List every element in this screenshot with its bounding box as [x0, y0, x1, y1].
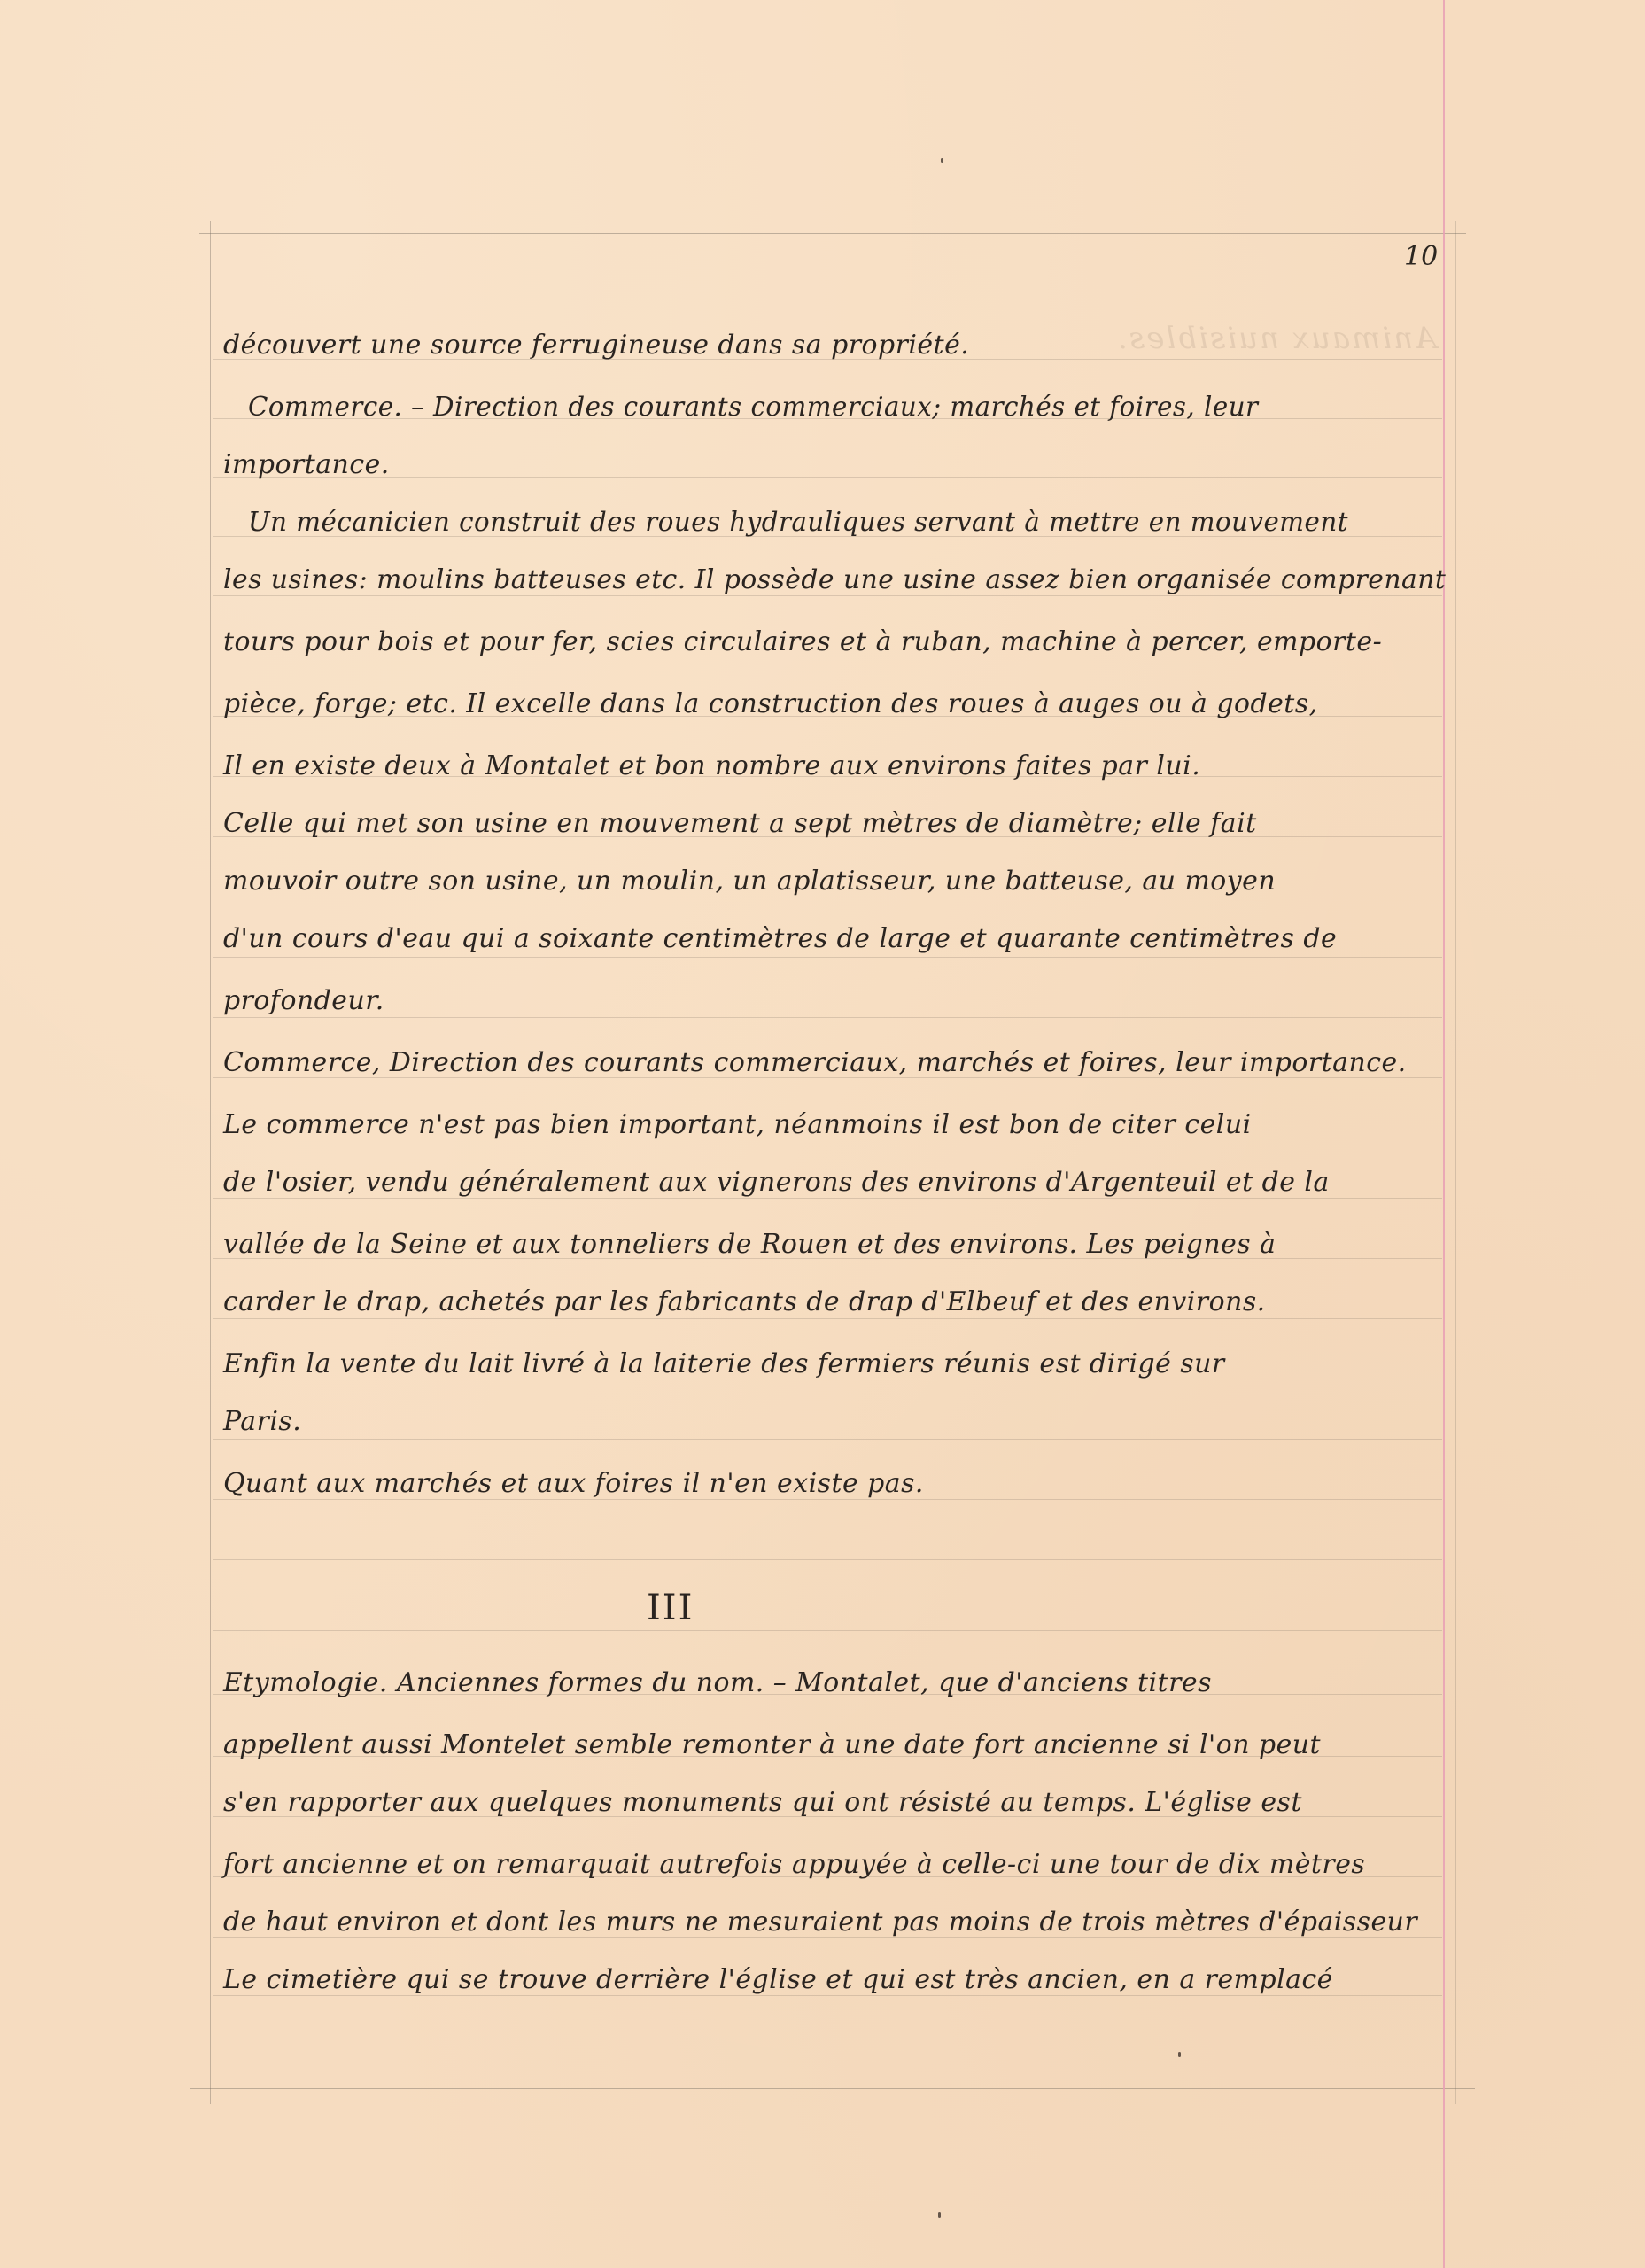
ink-speck [938, 2212, 941, 2218]
text-line-crossed: importance. [223, 447, 1445, 483]
frame-right-line [1455, 221, 1456, 2104]
text-line: tours pour bois et pour fer, scies circu… [223, 625, 1445, 660]
ruled-line [213, 957, 1442, 958]
text-line: vallée de la Seine et aux tonneliers de … [223, 1227, 1445, 1262]
text-line: pièce, forge; etc. Il excelle dans la co… [223, 687, 1445, 722]
text-line: Celle qui met son usine en mouvement a s… [223, 806, 1445, 842]
text-line: profondeur. [223, 983, 1445, 1019]
text-line: Quant aux marchés et aux foires il n'en … [223, 1466, 1445, 1502]
ink-speck [1178, 2052, 1181, 2057]
ruled-line [213, 1559, 1442, 1560]
text-line: Il en existe deux à Montalet et bon nomb… [223, 749, 1445, 784]
text-line: de haut environ et dont les murs ne mesu… [223, 1905, 1445, 1940]
text-line: de l'osier, vendu généralement aux vigne… [223, 1165, 1445, 1200]
text-line: Le cimetière qui se trouve derrière l'ég… [223, 1962, 1445, 1998]
text-line: s'en rapporter aux quelques monuments qu… [223, 1785, 1445, 1821]
section-numeral: III [647, 1590, 1645, 1626]
frame-left-line [210, 221, 211, 2104]
ink-speck [941, 158, 943, 163]
text-line: carder le drap, achetés par les fabrican… [223, 1285, 1445, 1320]
page-number: 10 [1404, 241, 1438, 272]
text-line-crossed: Commerce. – Direction des courants comme… [248, 390, 1446, 425]
frame-top-line [199, 233, 1466, 234]
section-heading-commerce: Commerce, Direction des courants commerc… [223, 1045, 1445, 1081]
text-line: découvert une source ferrugineuse dans s… [223, 328, 1445, 363]
text-line: d'un cours d'eau qui a soixante centimèt… [223, 921, 1445, 957]
text-line: Un mécanicien construit des roues hydrau… [248, 505, 1446, 540]
text-line: fort ancienne et on remarquait autrefois… [223, 1847, 1445, 1883]
ruled-line [213, 1630, 1442, 1631]
text-line: Enfin la vente du lait livré à la laiter… [223, 1347, 1445, 1382]
manuscript-page: Animaux nuisibles. 10 découvert une sour… [0, 0, 1645, 2268]
text-line: mouvoir outre son usine, un moulin, un a… [223, 864, 1445, 899]
text-line: les usines: moulins batteuses etc. Il po… [223, 563, 1439, 598]
frame-bottom-line [190, 2088, 1475, 2089]
section-heading-etymologie: Etymologie. Anciennes formes du nom. – M… [223, 1666, 1445, 1701]
text-line: appellent aussi Montelet semble remonter… [223, 1728, 1445, 1763]
text-line: Paris. [223, 1404, 1445, 1440]
text-line: Le commerce n'est pas bien important, né… [223, 1107, 1445, 1143]
